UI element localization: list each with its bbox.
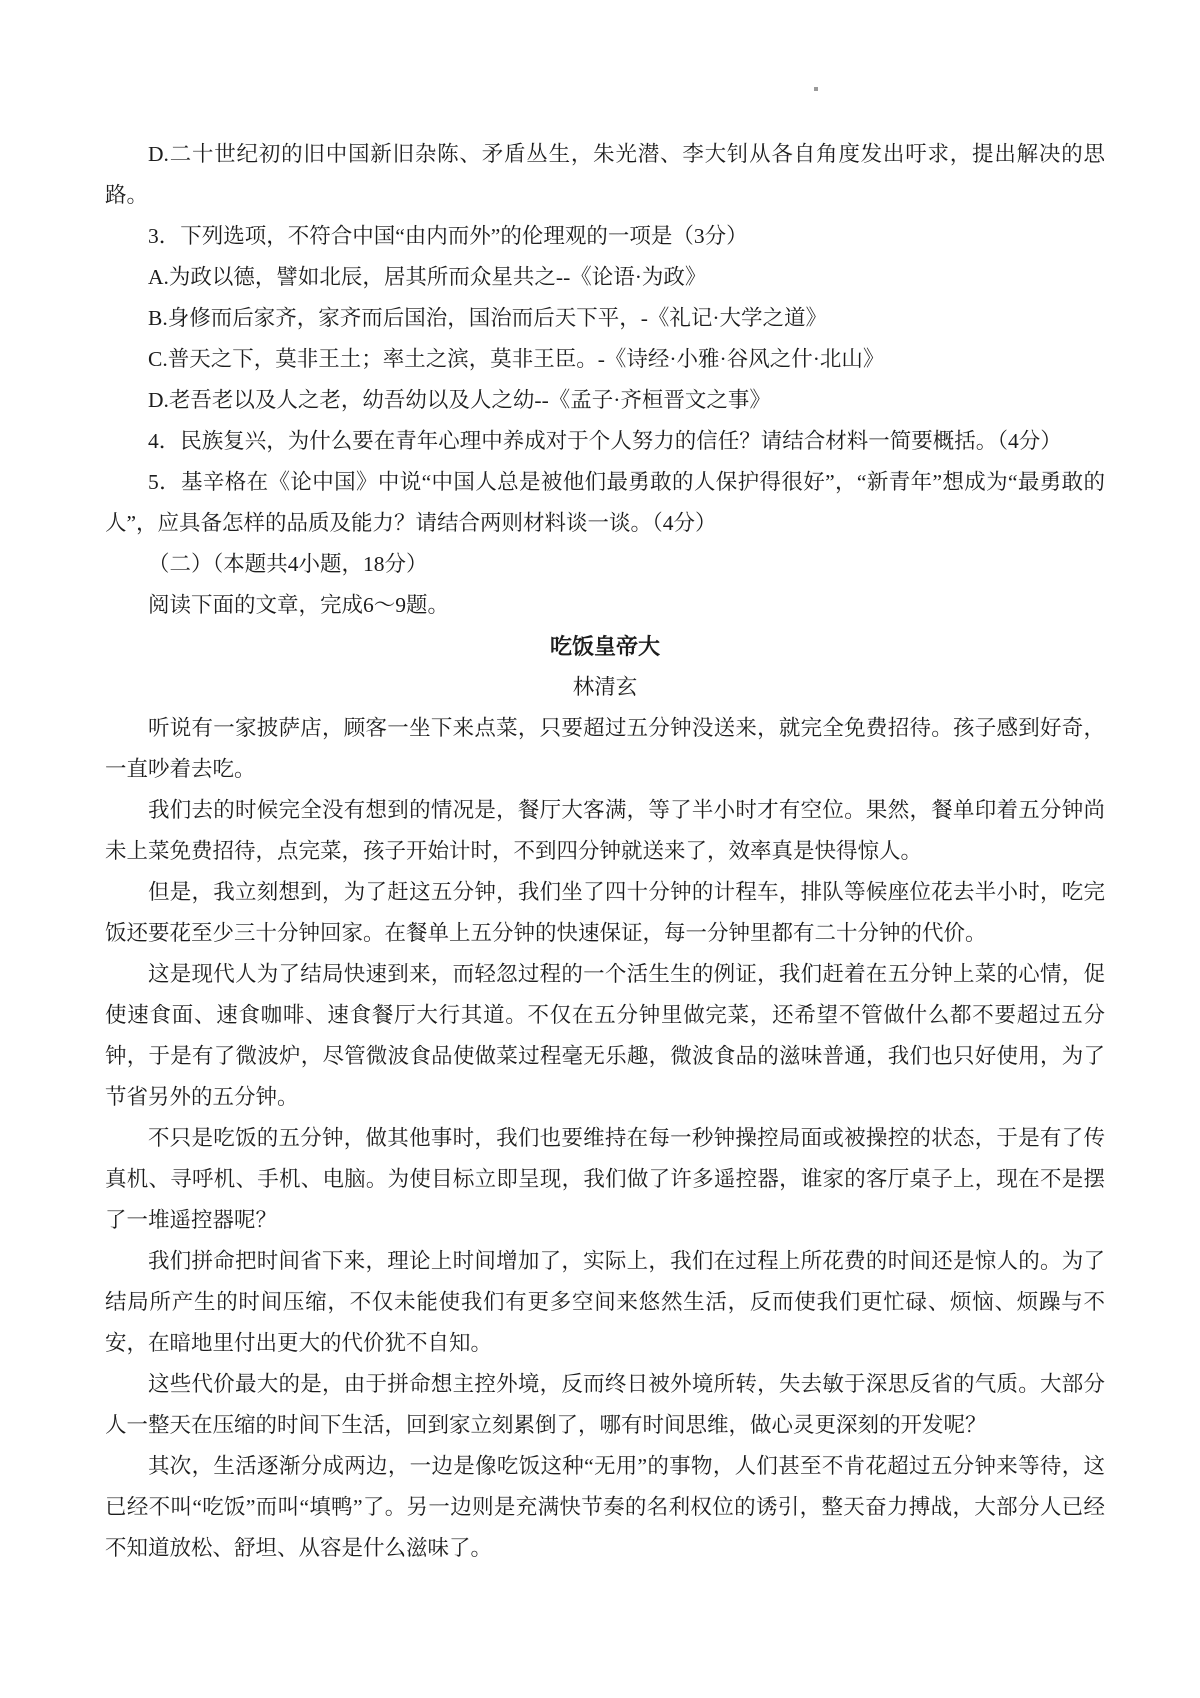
- question-3-option-b: B.身修而后家齐，家齐而后国治，国治而后天下平，-《礼记·大学之道》: [105, 298, 1105, 339]
- essay-paragraph: 这是现代人为了结局快速到来，而轻忽过程的一个活生生的例证，我们赶着在五分钟上菜的…: [105, 954, 1105, 1118]
- scan-artifact-dot: [814, 87, 818, 91]
- essay-paragraph: 听说有一家披萨店，顾客一坐下来点菜，只要超过五分钟没送来，就完全免费招待。孩子感…: [105, 708, 1105, 790]
- section-2-heading: （二）（本题共4小题，18分）: [105, 544, 1105, 585]
- essay-paragraph: 不只是吃饭的五分钟，做其他事时，我们也要维持在每一秒钟操控局面或被操控的状态，于…: [105, 1118, 1105, 1241]
- question-4: 4．民族复兴，为什么要在青年心理中养成对于个人努力的信任？请结合材料一简要概括。…: [105, 421, 1105, 462]
- document-content: D.二十世纪初的旧中国新旧杂陈、矛盾丛生，朱光潜、李大钊从各自角度发出吁求，提出…: [105, 134, 1105, 1569]
- essay-paragraph: 其次，生活逐渐分成两边，一边是像吃饭这种“无用”的事物，人们甚至不肯花超过五分钟…: [105, 1446, 1105, 1569]
- question-3-option-a: A.为政以德，譬如北辰，居其所而众星共之--《论语·为政》: [105, 257, 1105, 298]
- question-3-option-c: C.普天之下，莫非王土；率土之滨，莫非王臣。-《诗经·小雅·谷风之什·北山》: [105, 339, 1105, 380]
- exam-document-page: D.二十世纪初的旧中国新旧杂陈、矛盾丛生，朱光潜、李大钊从各自角度发出吁求，提出…: [0, 0, 1200, 1698]
- essay-paragraph: 这些代价最大的是，由于拼命想主控外境，反而终日被外境所转，失去敏于深思反省的气质…: [105, 1364, 1105, 1446]
- essay-paragraph: 我们去的时候完全没有想到的情况是，餐厅大客满，等了半小时才有空位。果然，餐单印着…: [105, 790, 1105, 872]
- question-3: 3．下列选项，不符合中国“由内而外”的伦理观的一项是（3分）: [105, 216, 1105, 257]
- question-5: 5．基辛格在《论中国》中说“中国人总是被他们最勇敢的人保护得很好”，“新青年”想…: [105, 462, 1105, 544]
- essay-paragraph: 但是，我立刻想到，为了赶这五分钟，我们坐了四十分钟的计程车，排队等候座位花去半小…: [105, 872, 1105, 954]
- reading-instruction: 阅读下面的文章，完成6～9题。: [105, 585, 1105, 626]
- essay-author: 林清玄: [105, 667, 1105, 708]
- option-d-previous-question: D.二十世纪初的旧中国新旧杂陈、矛盾丛生，朱光潜、李大钊从各自角度发出吁求，提出…: [105, 134, 1105, 216]
- question-3-option-d: D.老吾老以及人之老，幼吾幼以及人之幼--《孟子·齐桓晋文之事》: [105, 380, 1105, 421]
- essay-title: 吃饭皇帝大: [105, 626, 1105, 667]
- essay-paragraph: 我们拼命把时间省下来，理论上时间增加了，实际上，我们在过程上所花费的时间还是惊人…: [105, 1241, 1105, 1364]
